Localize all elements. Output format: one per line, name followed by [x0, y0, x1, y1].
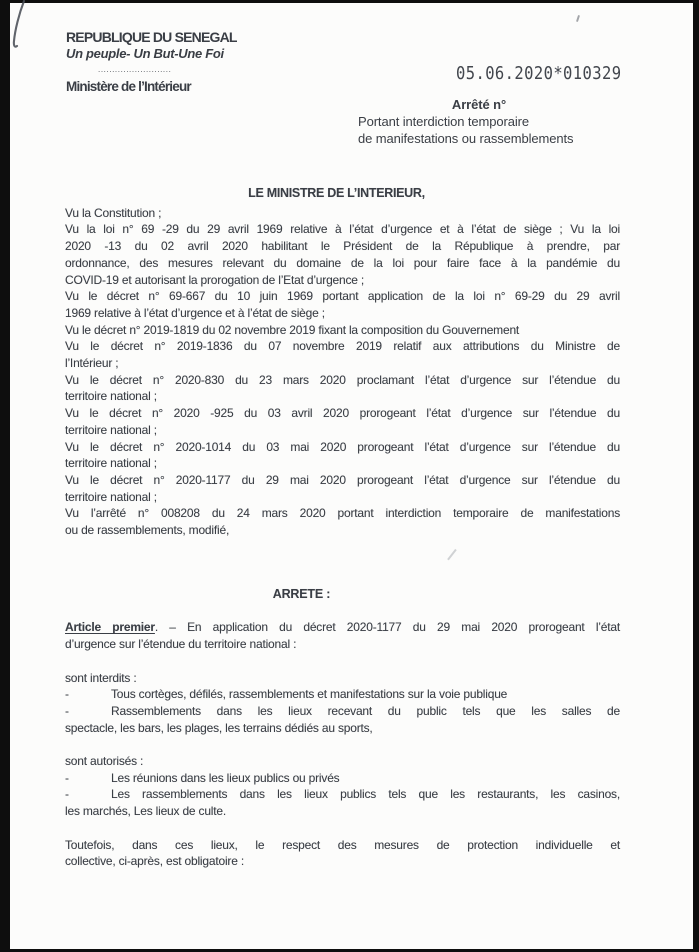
text-line: Toutefois, dans ces lieux, le respect de… [65, 837, 620, 854]
letterhead: REPUBLIQUE DU SENEGAL Un peuple- Un But-… [66, 29, 237, 95]
separator-dots: .......................... [98, 66, 237, 74]
visa-item: Vu le décret n° 2020-830 du 23 mars 2020… [65, 372, 620, 405]
bullet-dash: - [65, 786, 69, 803]
decree-subject-line: de manifestations ou rassemblements [358, 131, 600, 148]
arrete-heading: ARRETE : [24, 586, 579, 603]
text-line: 1969 relative à l’état d’urgence et à l’… [65, 305, 620, 322]
closing-paragraph: Toutefois, dans ces lieux, le respect de… [65, 837, 620, 870]
text-line: Vu le décret n° 2020-1014 du 03 mai 2020… [65, 439, 620, 456]
text-line: Vu le décret n° 2019-1836 du 07 novembre… [65, 338, 620, 355]
text-line: territoire national ; [65, 489, 620, 506]
visa-item: Vu le décret n° 2020-1177 du 29 mai 2020… [65, 472, 620, 505]
republic-title: REPUBLIQUE DU SENEGAL [66, 29, 237, 46]
text-line: les marchés, Les lieux de culte. [65, 803, 620, 820]
text-line: COVID-19 et autorisant la prorogation de… [65, 272, 620, 289]
scan-border-left [0, 0, 10, 952]
text-line: territoire national ; [65, 422, 620, 439]
text-line: ou de rassemblements, modifié, [65, 522, 620, 539]
text-line: Article premier. – En application du déc… [65, 619, 620, 636]
scan-border-right [693, 0, 699, 952]
text-line: Vu le décret n° 69-667 du 10 juin 1969 p… [65, 288, 620, 305]
article-premier: Article premier. – En application du déc… [65, 619, 620, 652]
interdits-intro: sont interdits : [65, 670, 620, 687]
list-item: -Tous cortèges, défilés, rassemblements … [65, 686, 620, 703]
text-line: Tous cortèges, défilés, rassemblements e… [111, 687, 507, 701]
visa-item: Vu l’arrêté n° 008208 du 24 mars 2020 po… [65, 505, 620, 538]
bullet-dash: - [65, 703, 69, 720]
text-line: Rassemblements dans les lieux recevant d… [111, 704, 620, 718]
text-line: Vu le décret n° 2020-830 du 23 mars 2020… [65, 372, 620, 389]
list-item: -Rassemblements dans les lieux recevant … [65, 703, 620, 720]
text-line: Les rassemblements dans les lieux public… [111, 787, 620, 801]
list-item: -Les rassemblements dans les lieux publi… [65, 786, 620, 803]
bullet-dash: - [65, 686, 69, 703]
text-line: Vu le décret n° 2019-1819 du 02 novembre… [65, 322, 620, 339]
text-line: spectacle, les bars, les plages, les ter… [65, 720, 620, 737]
visa-item: Vu le décret n° 69-667 du 10 juin 1969 p… [65, 288, 620, 321]
visa-item: Vu le décret n° 2020 -925 du 03 avril 20… [65, 405, 620, 438]
text-line: territoire national ; [65, 388, 620, 405]
text-line: Vu la Constitution ; [65, 205, 620, 222]
bullet-dash: - [65, 770, 69, 787]
text-line: territoire national ; [65, 455, 620, 472]
scan-artifact-tick [576, 15, 580, 22]
document-body: LE MINISTRE DE L’INTERIEUR, Vu la Consti… [65, 185, 620, 870]
visa-item: Vu le décret n° 2019-1836 du 07 novembre… [65, 338, 620, 371]
article-text: . – En application du décret 2020-1177 d… [155, 620, 620, 634]
text-line: Les réunions dans les lieux publics ou p… [111, 771, 339, 785]
pen-mark [4, 0, 34, 52]
decree-subject-line: Portant interdiction temporaire [358, 114, 600, 131]
text-line: Vu l’arrêté n° 008208 du 24 mars 2020 po… [65, 505, 620, 522]
text-line: Vu la loi n° 69 -29 du 29 avril 1969 rel… [65, 221, 620, 238]
visa-item: Vu la loi n° 69 -29 du 29 avril 1969 rel… [65, 221, 620, 288]
minister-heading: LE MINISTRE DE L’INTERIEUR, [59, 185, 614, 202]
text-line: collective, ci-après, est obligatoire : [65, 853, 620, 870]
text-line: d’urgence sur l’étendue du territoire na… [65, 636, 620, 653]
text-line: 2020 -13 du 02 avril 2020 habilitant le … [65, 238, 620, 255]
scan-border-top [0, 0, 699, 3]
national-motto: Un peuple- Un But-Une Foi [66, 46, 237, 62]
visa-list: Vu la Constitution ; Vu la loi n° 69 -29… [65, 205, 620, 539]
article-label: Article premier [65, 620, 155, 634]
text-line: l’Intérieur ; [65, 355, 620, 372]
list-item: -Les réunions dans les lieux publics ou … [65, 770, 620, 787]
decree-number-line: Arrêté n° [358, 97, 600, 114]
text-line: ordonnance, des mesures relevant du doma… [65, 255, 620, 272]
text-line: Vu le décret n° 2020-1177 du 29 mai 2020… [65, 472, 620, 489]
visa-item: Vu la Constitution ; [65, 205, 620, 222]
decree-title-block: Arrêté n° Portant interdiction temporair… [358, 97, 600, 147]
interdits-list: -Tous cortèges, défilés, rassemblements … [65, 686, 620, 736]
visa-item: Vu le décret n° 2019-1819 du 02 novembre… [65, 322, 620, 339]
autorises-list: -Les réunions dans les lieux publics ou … [65, 770, 620, 820]
document-page: REPUBLIQUE DU SENEGAL Un peuple- Un But-… [0, 0, 699, 952]
visa-item: Vu le décret n° 2020-1014 du 03 mai 2020… [65, 439, 620, 472]
ministry-name: Ministère de l’Intérieur [66, 78, 237, 95]
registry-date-stamp: 05.06.2020*010329 [456, 63, 621, 84]
autorises-intro: sont autorisés : [65, 753, 620, 770]
text-line: Vu le décret n° 2020 -925 du 03 avril 20… [65, 405, 620, 422]
